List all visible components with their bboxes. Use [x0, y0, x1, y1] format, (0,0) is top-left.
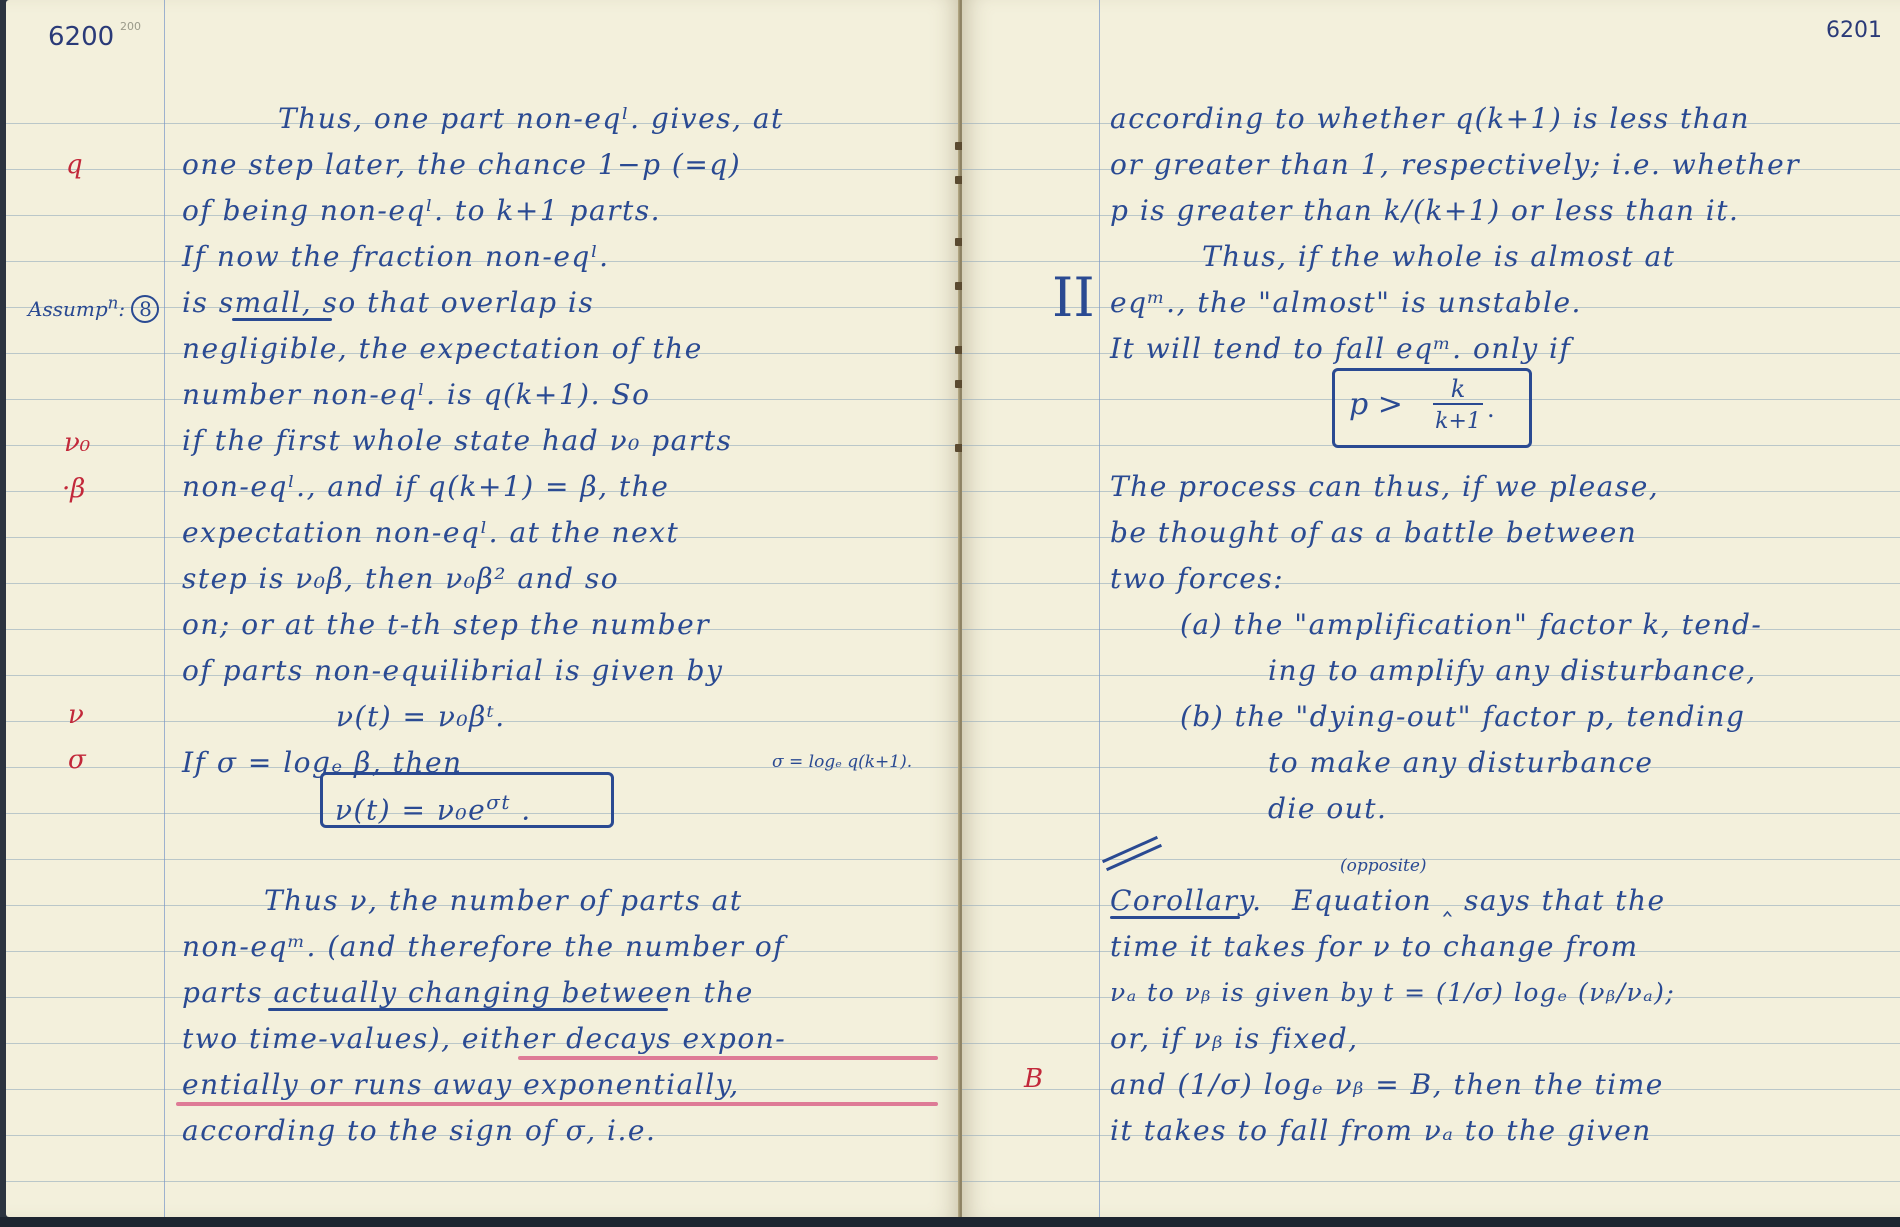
text-line: Thus, if the whole is almost at	[1202, 234, 1675, 280]
text-line: be thought of as a battle between	[1110, 510, 1637, 556]
assumption-number-circled: 8	[131, 295, 159, 323]
margin-line	[164, 0, 165, 1217]
text-line: or, if νᵦ is fixed,	[1110, 1016, 1359, 1062]
inequality-numerator: k	[1433, 375, 1483, 405]
insert-note: (opposite)	[1340, 856, 1427, 876]
text-line: expectation non-eqˡ. at the next	[182, 510, 679, 556]
text-line: if the first whole state had ν₀ parts	[182, 418, 732, 464]
boxed-equation: ν(t) = ν₀eσt .	[320, 772, 614, 828]
boxed-equation-lhs: ν(t) = ν₀e	[335, 793, 486, 826]
equation-nu-t: ν(t) = ν₀βᵗ.	[336, 694, 506, 740]
text-line: If now the fraction non-eqˡ.	[182, 234, 610, 280]
text-line: of parts non-equilibrial is given by	[182, 648, 723, 694]
list-item-b: (b) the "dying-out" factor p, tending	[1180, 694, 1745, 740]
text-line: Thus, one part non-eqˡ. gives, at	[278, 96, 784, 142]
text-line: The process can thus, if we please,	[1110, 464, 1659, 510]
text-line: number non-eqˡ. is q(k+1). So	[182, 372, 650, 418]
text-line: and (1/σ) logₑ νᵦ = B, then the time	[1110, 1062, 1664, 1108]
boxed-equation-tail: .	[511, 793, 532, 826]
assumption-label: Assumpn:	[28, 297, 125, 321]
margin-note-assumption: Assumpn: 8	[28, 293, 159, 323]
text-line: two forces:	[1110, 556, 1284, 602]
margin-note-nu0: ν₀	[64, 428, 90, 458]
text-line: it takes to fall from νₐ to the given	[1110, 1108, 1652, 1154]
text-line: of being non-eqˡ. to k+1 parts.	[182, 188, 661, 234]
red-underline-2	[176, 1102, 938, 1106]
text-line: p is greater than k/(k+1) or less than i…	[1110, 188, 1739, 234]
text-line: νₐ to νᵦ is given by t = (1/σ) logₑ (νᵦ/…	[1110, 970, 1675, 1016]
page-bottom-edge	[0, 1217, 1900, 1227]
inequality-tail: .	[1487, 395, 1495, 423]
side-formula: σ = logₑ q(k+1).	[772, 752, 912, 772]
notebook-spread: 6200 200 q Assumpn: 8 ν₀ ·β ν σ Thus, on…	[0, 0, 1900, 1227]
red-underline-1	[518, 1056, 938, 1060]
boxed-equation-exponent: σt	[486, 790, 511, 814]
text-line: It will tend to fall eqᵐ. only if	[1110, 326, 1571, 372]
text-line: time it takes for ν to change from	[1110, 924, 1639, 970]
margin-note-sigma: σ	[68, 745, 86, 775]
text-line: according to the sign of σ, i.e.	[182, 1108, 656, 1154]
text-line: on; or at the t-th step the number	[182, 602, 710, 648]
text-line: Equation ‸ says that the	[1292, 878, 1666, 924]
margin-line	[1099, 0, 1100, 1217]
list-item-a: (a) the "amplification" factor k, tend-	[1180, 602, 1762, 648]
text-line: Thus ν, the number of parts at	[264, 878, 743, 924]
underline-small	[232, 318, 332, 321]
left-page: 6200 200 q Assumpn: 8 ν₀ ·β ν σ Thus, on…	[6, 0, 960, 1217]
text-line: non-eqˡ., and if q(k+1) = β, the	[182, 464, 669, 510]
text-line: one step later, the chance 1−p (=q)	[182, 142, 741, 188]
margin-note-nu: ν	[68, 700, 84, 730]
inequality-lhs: p >	[1349, 387, 1403, 422]
page-number-small: 200	[120, 20, 141, 33]
section-marker: II	[1052, 266, 1095, 329]
text-line: or greater than 1, respectively; i.e. wh…	[1110, 142, 1800, 188]
underline-corollary	[1110, 916, 1240, 919]
right-page: 6201 II B according to whether q(k+1) is…	[962, 0, 1900, 1217]
list-item-a-cont: ing to amplify any disturbance,	[1268, 648, 1757, 694]
underline-actually-changing	[268, 1008, 668, 1011]
page-number: 6200	[48, 22, 114, 52]
text-line: eqᵐ., the "almost" is unstable.	[1110, 280, 1582, 326]
page-number: 6201	[1826, 18, 1882, 43]
margin-note-B: B	[1024, 1064, 1043, 1094]
text-line: negligible, the expectation of the	[182, 326, 703, 372]
list-item-b-cont: to make any disturbance	[1268, 740, 1653, 786]
text-line: step is ν₀β, then ν₀β² and so	[182, 556, 619, 602]
text-line: according to whether q(k+1) is less than	[1110, 96, 1750, 142]
margin-note-beta: ·β	[62, 474, 85, 504]
inequality-denominator: k+1	[1433, 409, 1483, 434]
text-line: non-eqᵐ. (and therefore the number of	[182, 924, 785, 970]
boxed-inequality: p > k k+1 .	[1332, 368, 1532, 448]
list-item-b-cont: die out.	[1268, 786, 1387, 832]
margin-note-q: q	[66, 150, 83, 180]
